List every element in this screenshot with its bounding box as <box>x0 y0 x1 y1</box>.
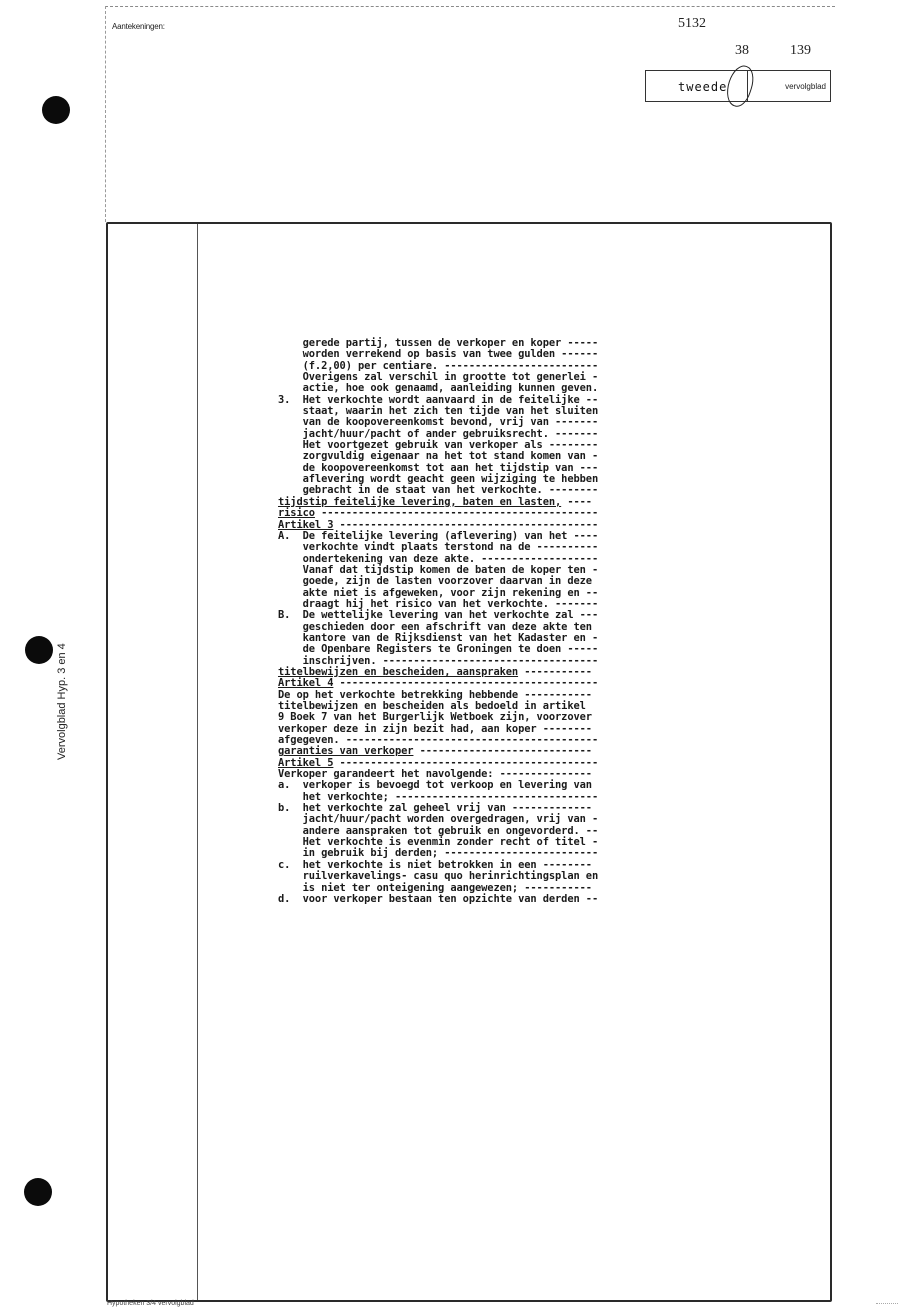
frame-inner-divider <box>197 224 198 1300</box>
stamp-divider <box>747 71 748 101</box>
text-line: 9 Boek 7 van het Burgerlijk Wetboek zijn… <box>278 712 818 723</box>
section-heading: garanties van verkoper <box>278 745 413 757</box>
notes-label: Aantekeningen: <box>112 22 165 31</box>
text-line: goede, zijn de lasten voorzover daarvan … <box>278 576 818 587</box>
continuation-stamp: tweede vervolgblad <box>645 70 831 102</box>
margin-vertical-label: Vervolgblad Hyp. 3 en 4 <box>56 643 68 760</box>
punch-hole-bottom <box>24 1178 52 1206</box>
text-line: worden verrekend op basis van twee gulde… <box>278 349 818 360</box>
text-line: de Openbare Registers te Groningen te do… <box>278 644 818 655</box>
text-line: Artikel 4 ------------------------------… <box>278 678 818 689</box>
section-heading: Artikel 4 <box>278 677 333 689</box>
deed-body-text: gerede partij, tussen de verkoper en kop… <box>278 338 818 905</box>
punch-hole-middle <box>25 636 53 664</box>
page-number: 139 <box>790 43 811 59</box>
text-line: B. De wettelijke levering van het verkoc… <box>278 610 818 621</box>
signature-mark <box>722 62 758 109</box>
volume-number: 38 <box>735 43 749 59</box>
footer-form-label: Hypotheken 3/4 vervolgblad <box>107 1300 194 1307</box>
text-line: risico ---------------------------------… <box>278 508 818 519</box>
stamp-handwritten-text: tweede <box>678 80 727 94</box>
section-heading: Artikel 3 <box>278 519 333 531</box>
section-heading: titelbewijzen en bescheiden, aanspraken <box>278 666 518 678</box>
deed-number: 5132 <box>678 16 706 32</box>
punch-hole-top <box>42 96 70 124</box>
text-line: ruilverkavelings- casu quo herinrichting… <box>278 871 818 882</box>
footer-mark <box>876 1303 898 1304</box>
text-line: d. voor verkoper bestaan ten opzichte va… <box>278 894 818 905</box>
margin-line <box>105 6 106 222</box>
section-heading: tijdstip feitelijke levering, baten en l… <box>278 496 561 508</box>
stamp-printed-text: vervolgblad <box>785 82 826 91</box>
section-heading: Artikel 5 <box>278 757 333 769</box>
text-line: verkochte vindt plaats terstond na de --… <box>278 542 818 553</box>
section-heading: risico <box>278 507 315 519</box>
top-rule <box>105 6 835 7</box>
